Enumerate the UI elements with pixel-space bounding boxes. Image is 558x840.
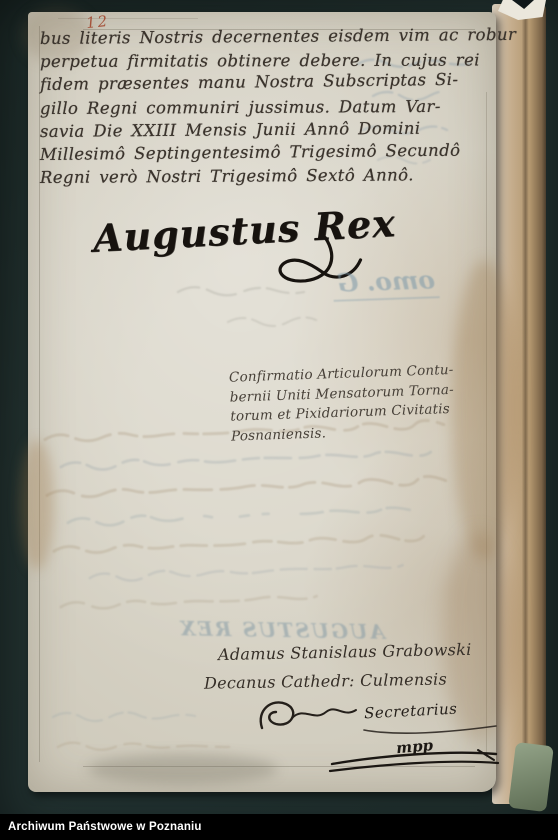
main-text-line: Regni verò Nostri Trigesimô Sextô Annô.: [40, 163, 488, 189]
annotation-block: Confirmatio Articulorum Contu- bernii Un…: [229, 359, 500, 446]
bleedthrough-middle-block: [45, 420, 450, 610]
archive-name-label: Archiwum Państwowe w Poznaniu: [0, 814, 558, 840]
royal-signature: Augustus Rex: [92, 200, 396, 306]
manuscript-page: 12 bus literis Nostris decernentes eisde…: [28, 12, 496, 792]
attestation-name: Adamus Stanislaus Grabowski: [218, 639, 518, 664]
main-text-line: fidem præsentes manu Nostra Subscriptas …: [40, 68, 488, 97]
main-text-line: Millesimô Septingentesimô Trigesimô Secu…: [40, 138, 488, 166]
archive-caption-bar: Archiwum Państwowe w Poznaniu: [0, 814, 558, 840]
bleedthrough-augustus-text: AUGUSTUS REX: [178, 616, 385, 644]
main-text-block: bus literis Nostris decernentes eisdem v…: [40, 27, 488, 189]
attestation-block: Adamus Stanislaus Grabowski Decanus Cath…: [178, 642, 518, 776]
main-text-line: bus literis Nostris decernentes eisdem v…: [40, 23, 488, 50]
paper-stain: [20, 440, 54, 570]
photo-frame: 12 bus literis Nostris decernentes eisde…: [0, 0, 558, 840]
attestation-title: Decanus Cathedr: Culmensis: [204, 668, 518, 692]
margin-rule-top-secondary: [58, 18, 198, 19]
